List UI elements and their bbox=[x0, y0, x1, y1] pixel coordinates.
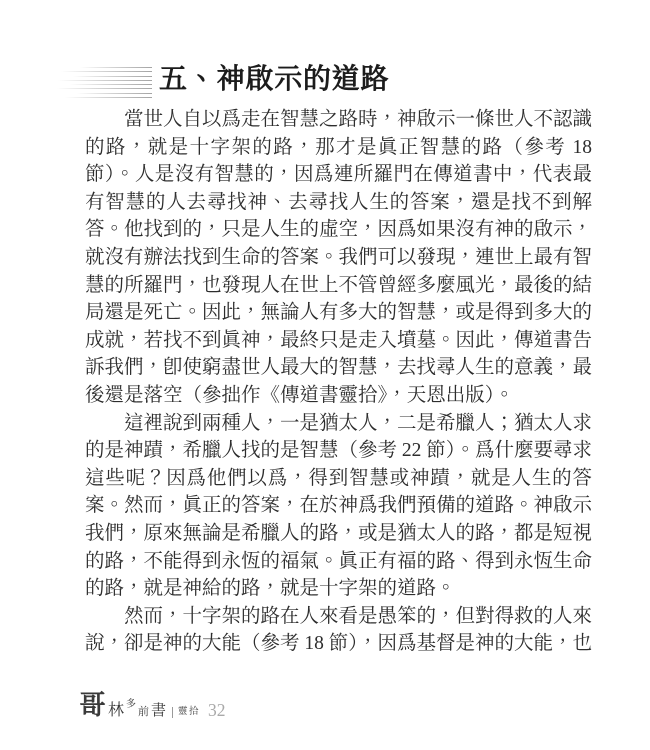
section-heading: 五、神啟示的道路 bbox=[159, 63, 389, 97]
book-title-char: 書 bbox=[151, 704, 166, 719]
body-text: 當世人自以爲走在智慧之路時，神啟示一條世人不認識的路，就是十字架的路，那才是眞正… bbox=[85, 106, 592, 658]
paragraph-2: 這裡說到兩種人，一是猶太人，二是希臘人；猶太人求的是神蹟，希臘人找的是智慧（參考… bbox=[85, 410, 592, 603]
deco-brush-lines bbox=[57, 67, 152, 98]
paragraph-1: 當世人自以爲走在智慧之路時，神啟示一條世人不認識的路，就是十字架的路，那才是眞正… bbox=[85, 106, 592, 410]
deco-line bbox=[80, 67, 152, 68]
footer-separator bbox=[172, 707, 173, 718]
footer-logo: 哥 林 多 前 書 靈拾 32 bbox=[79, 691, 226, 719]
paragraph-3: 然而，十字架的路在人來看是愚笨的，但對得救的人來說，卻是神的大能（參考 18 節… bbox=[85, 603, 592, 658]
deco-line bbox=[77, 93, 152, 94]
deco-line bbox=[73, 76, 152, 77]
page-number: 32 bbox=[208, 702, 226, 720]
book-title-char: 前 bbox=[138, 707, 149, 718]
deco-line bbox=[65, 97, 152, 98]
deco-line bbox=[57, 88, 152, 89]
deco-line bbox=[61, 71, 152, 72]
book-title-char: 哥 bbox=[79, 692, 106, 719]
book-page: 五、神啟示的道路 當世人自以爲走在智慧之路時，神啟示一條世人不認識的路，就是十字… bbox=[0, 0, 650, 750]
deco-line bbox=[70, 84, 152, 85]
book-title-char: 多 bbox=[126, 700, 136, 710]
series-label: 靈拾 bbox=[178, 708, 200, 718]
book-title-char: 林 bbox=[108, 703, 124, 719]
deco-line bbox=[58, 80, 152, 81]
